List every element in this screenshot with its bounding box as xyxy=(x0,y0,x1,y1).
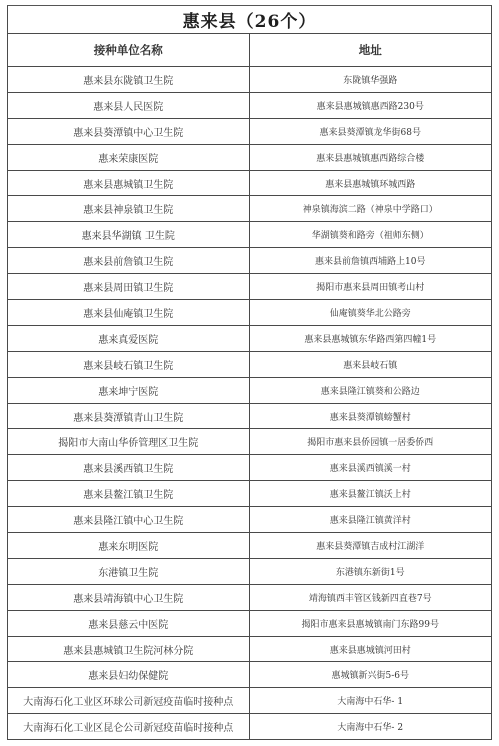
site-address-cell: 惠来县惠城镇环城西路 xyxy=(249,170,491,196)
site-address-cell: 揭阳市惠来县侨园镇一居委侨西 xyxy=(249,429,491,455)
table-row: 惠来县葵潭镇中心卫生院惠来县葵潭镇龙华街68号 xyxy=(8,118,491,144)
site-address-cell: 惠来县葵潭镇吉成村江湖洋 xyxy=(249,533,491,559)
table-row: 大南海石化工业区昆仑公司新冠疫苗临时接种点大南海中石华- 2 xyxy=(8,714,491,739)
site-name-cell: 惠来县靖海镇中心卫生院 xyxy=(8,584,249,610)
sites-table: 接种单位名称 地址 惠来县东陇镇卫生院东陇镇华强路惠来县人民医院惠来县惠城镇惠西… xyxy=(8,34,491,739)
site-address-cell: 惠来县前詹镇西埔路上10号 xyxy=(249,248,491,274)
header-row: 接种单位名称 地址 xyxy=(8,34,491,67)
site-name-cell: 惠来县溪西镇卫生院 xyxy=(8,455,249,481)
site-name-cell: 惠来县华湖镇 卫生院 xyxy=(8,222,249,248)
site-name-cell: 惠来县惠城镇卫生院河林分院 xyxy=(8,636,249,662)
table-row: 东港镇卫生院东港镇东新街1号 xyxy=(8,558,491,584)
site-name-cell: 大南海石化工业区环球公司新冠疫苗临时接种点 xyxy=(8,688,249,714)
site-address-cell: 东港镇东新街1号 xyxy=(249,558,491,584)
site-name-cell: 惠来县隆江镇中心卫生院 xyxy=(8,507,249,533)
site-name-cell: 惠来县葵潭镇中心卫生院 xyxy=(8,118,249,144)
site-name-cell: 惠来荣康医院 xyxy=(8,144,249,170)
table-row: 惠来县华湖镇 卫生院华湖镇葵和路旁（祖师东侧） xyxy=(8,222,491,248)
table-row: 惠来真爱医院惠来县惠城镇东华路西第四幢1号 xyxy=(8,325,491,351)
site-address-cell: 惠城镇新兴街5-6号 xyxy=(249,662,491,688)
site-address-cell: 惠来县葵潭镇螃蟹村 xyxy=(249,403,491,429)
site-address-cell: 惠来县惠城镇东华路西第四幢1号 xyxy=(249,325,491,351)
site-name-cell: 惠来县慈云中医院 xyxy=(8,610,249,636)
table-row: 惠来县鳌江镇卫生院惠来县鳌江镇沃上村 xyxy=(8,481,491,507)
table-body: 惠来县东陇镇卫生院东陇镇华强路惠来县人民医院惠来县惠城镇惠西路230号惠来县葵潭… xyxy=(8,67,491,740)
table-row: 惠来县惠城镇卫生院河林分院惠来县惠城镇河田村 xyxy=(8,636,491,662)
site-address-cell: 惠来县溪西镇溪一村 xyxy=(249,455,491,481)
column-header-address: 地址 xyxy=(249,34,491,67)
site-name-cell: 惠来真爱医院 xyxy=(8,325,249,351)
site-name-cell: 惠来东明医院 xyxy=(8,533,249,559)
site-name-cell: 惠来县惠城镇卫生院 xyxy=(8,170,249,196)
site-name-cell: 惠来县神泉镇卫生院 xyxy=(8,196,249,222)
site-name-cell: 大南海石化工业区昆仑公司新冠疫苗临时接种点 xyxy=(8,714,249,739)
table-row: 惠来县东陇镇卫生院东陇镇华强路 xyxy=(8,67,491,93)
table-row: 惠来荣康医院惠来县惠城镇惠西路综合楼 xyxy=(8,144,491,170)
table-row: 惠来东明医院惠来县葵潭镇吉成村江湖洋 xyxy=(8,533,491,559)
site-address-cell: 仙庵镇葵华北公路旁 xyxy=(249,300,491,326)
site-name-cell: 惠来坤宁医院 xyxy=(8,377,249,403)
site-name-cell: 惠来县前詹镇卫生院 xyxy=(8,248,249,274)
table-row: 惠来县靖海镇中心卫生院靖海镇西丰管区钱新四直巷7号 xyxy=(8,584,491,610)
table-row: 惠来县仙庵镇卫生院仙庵镇葵华北公路旁 xyxy=(8,300,491,326)
site-address-cell: 惠来县惠城镇河田村 xyxy=(249,636,491,662)
site-name-cell: 惠来县周田镇卫生院 xyxy=(8,274,249,300)
table-title: 惠来县（26个） xyxy=(8,6,491,34)
site-address-cell: 揭阳市惠来县周田镇考山村 xyxy=(249,274,491,300)
site-address-cell: 大南海中石华- 1 xyxy=(249,688,491,714)
site-address-cell: 华湖镇葵和路旁（祖师东侧） xyxy=(249,222,491,248)
table-row: 惠来坤宁医院惠来县隆江镇葵和公路边 xyxy=(8,377,491,403)
site-address-cell: 靖海镇西丰管区钱新四直巷7号 xyxy=(249,584,491,610)
table-row: 惠来县妇幼保健院惠城镇新兴街5-6号 xyxy=(8,662,491,688)
table-row: 惠来县神泉镇卫生院神泉镇海滨二路（神泉中学路口） xyxy=(8,196,491,222)
site-address-cell: 东陇镇华强路 xyxy=(249,67,491,93)
column-header-name: 接种单位名称 xyxy=(8,34,249,67)
site-name-cell: 惠来县东陇镇卫生院 xyxy=(8,67,249,93)
site-address-cell: 惠来县隆江镇葵和公路边 xyxy=(249,377,491,403)
table-row: 惠来县人民医院惠来县惠城镇惠西路230号 xyxy=(8,92,491,118)
table-row: 惠来县隆江镇中心卫生院惠来县隆江镇黄洋村 xyxy=(8,507,491,533)
table-row: 惠来县惠城镇卫生院惠来县惠城镇环城西路 xyxy=(8,170,491,196)
site-name-cell: 惠来县妇幼保健院 xyxy=(8,662,249,688)
site-address-cell: 惠来县岐石镇 xyxy=(249,351,491,377)
table-row: 惠来县岐石镇卫生院惠来县岐石镇 xyxy=(8,351,491,377)
site-name-cell: 揭阳市大南山华侨管理区卫生院 xyxy=(8,429,249,455)
table-row: 惠来县慈云中医院揭阳市惠来县惠城镇南门东路99号 xyxy=(8,610,491,636)
site-address-cell: 惠来县鳌江镇沃上村 xyxy=(249,481,491,507)
table-row: 惠来县前詹镇卫生院惠来县前詹镇西埔路上10号 xyxy=(8,248,491,274)
site-address-cell: 惠来县惠城镇惠西路综合楼 xyxy=(249,144,491,170)
table-row: 揭阳市大南山华侨管理区卫生院揭阳市惠来县侨园镇一居委侨西 xyxy=(8,429,491,455)
site-address-cell: 大南海中石华- 2 xyxy=(249,714,491,739)
site-name-cell: 惠来县仙庵镇卫生院 xyxy=(8,300,249,326)
site-address-cell: 惠来县惠城镇惠西路230号 xyxy=(249,92,491,118)
site-address-cell: 揭阳市惠来县惠城镇南门东路99号 xyxy=(249,610,491,636)
site-name-cell: 惠来县鳌江镇卫生院 xyxy=(8,481,249,507)
site-name-cell: 惠来县岐石镇卫生院 xyxy=(8,351,249,377)
site-address-cell: 神泉镇海滨二路（神泉中学路口） xyxy=(249,196,491,222)
site-name-cell: 惠来县葵潭镇青山卫生院 xyxy=(8,403,249,429)
site-address-cell: 惠来县隆江镇黄洋村 xyxy=(249,507,491,533)
table-row: 惠来县溪西镇卫生院惠来县溪西镇溪一村 xyxy=(8,455,491,481)
vaccination-sites-table: 惠来县（26个） 接种单位名称 地址 惠来县东陇镇卫生院东陇镇华强路惠来县人民医… xyxy=(7,5,492,740)
table-row: 惠来县葵潭镇青山卫生院惠来县葵潭镇螃蟹村 xyxy=(8,403,491,429)
table-row: 惠来县周田镇卫生院揭阳市惠来县周田镇考山村 xyxy=(8,274,491,300)
site-address-cell: 惠来县葵潭镇龙华街68号 xyxy=(249,118,491,144)
table-row: 大南海石化工业区环球公司新冠疫苗临时接种点大南海中石华- 1 xyxy=(8,688,491,714)
site-name-cell: 东港镇卫生院 xyxy=(8,558,249,584)
site-name-cell: 惠来县人民医院 xyxy=(8,92,249,118)
